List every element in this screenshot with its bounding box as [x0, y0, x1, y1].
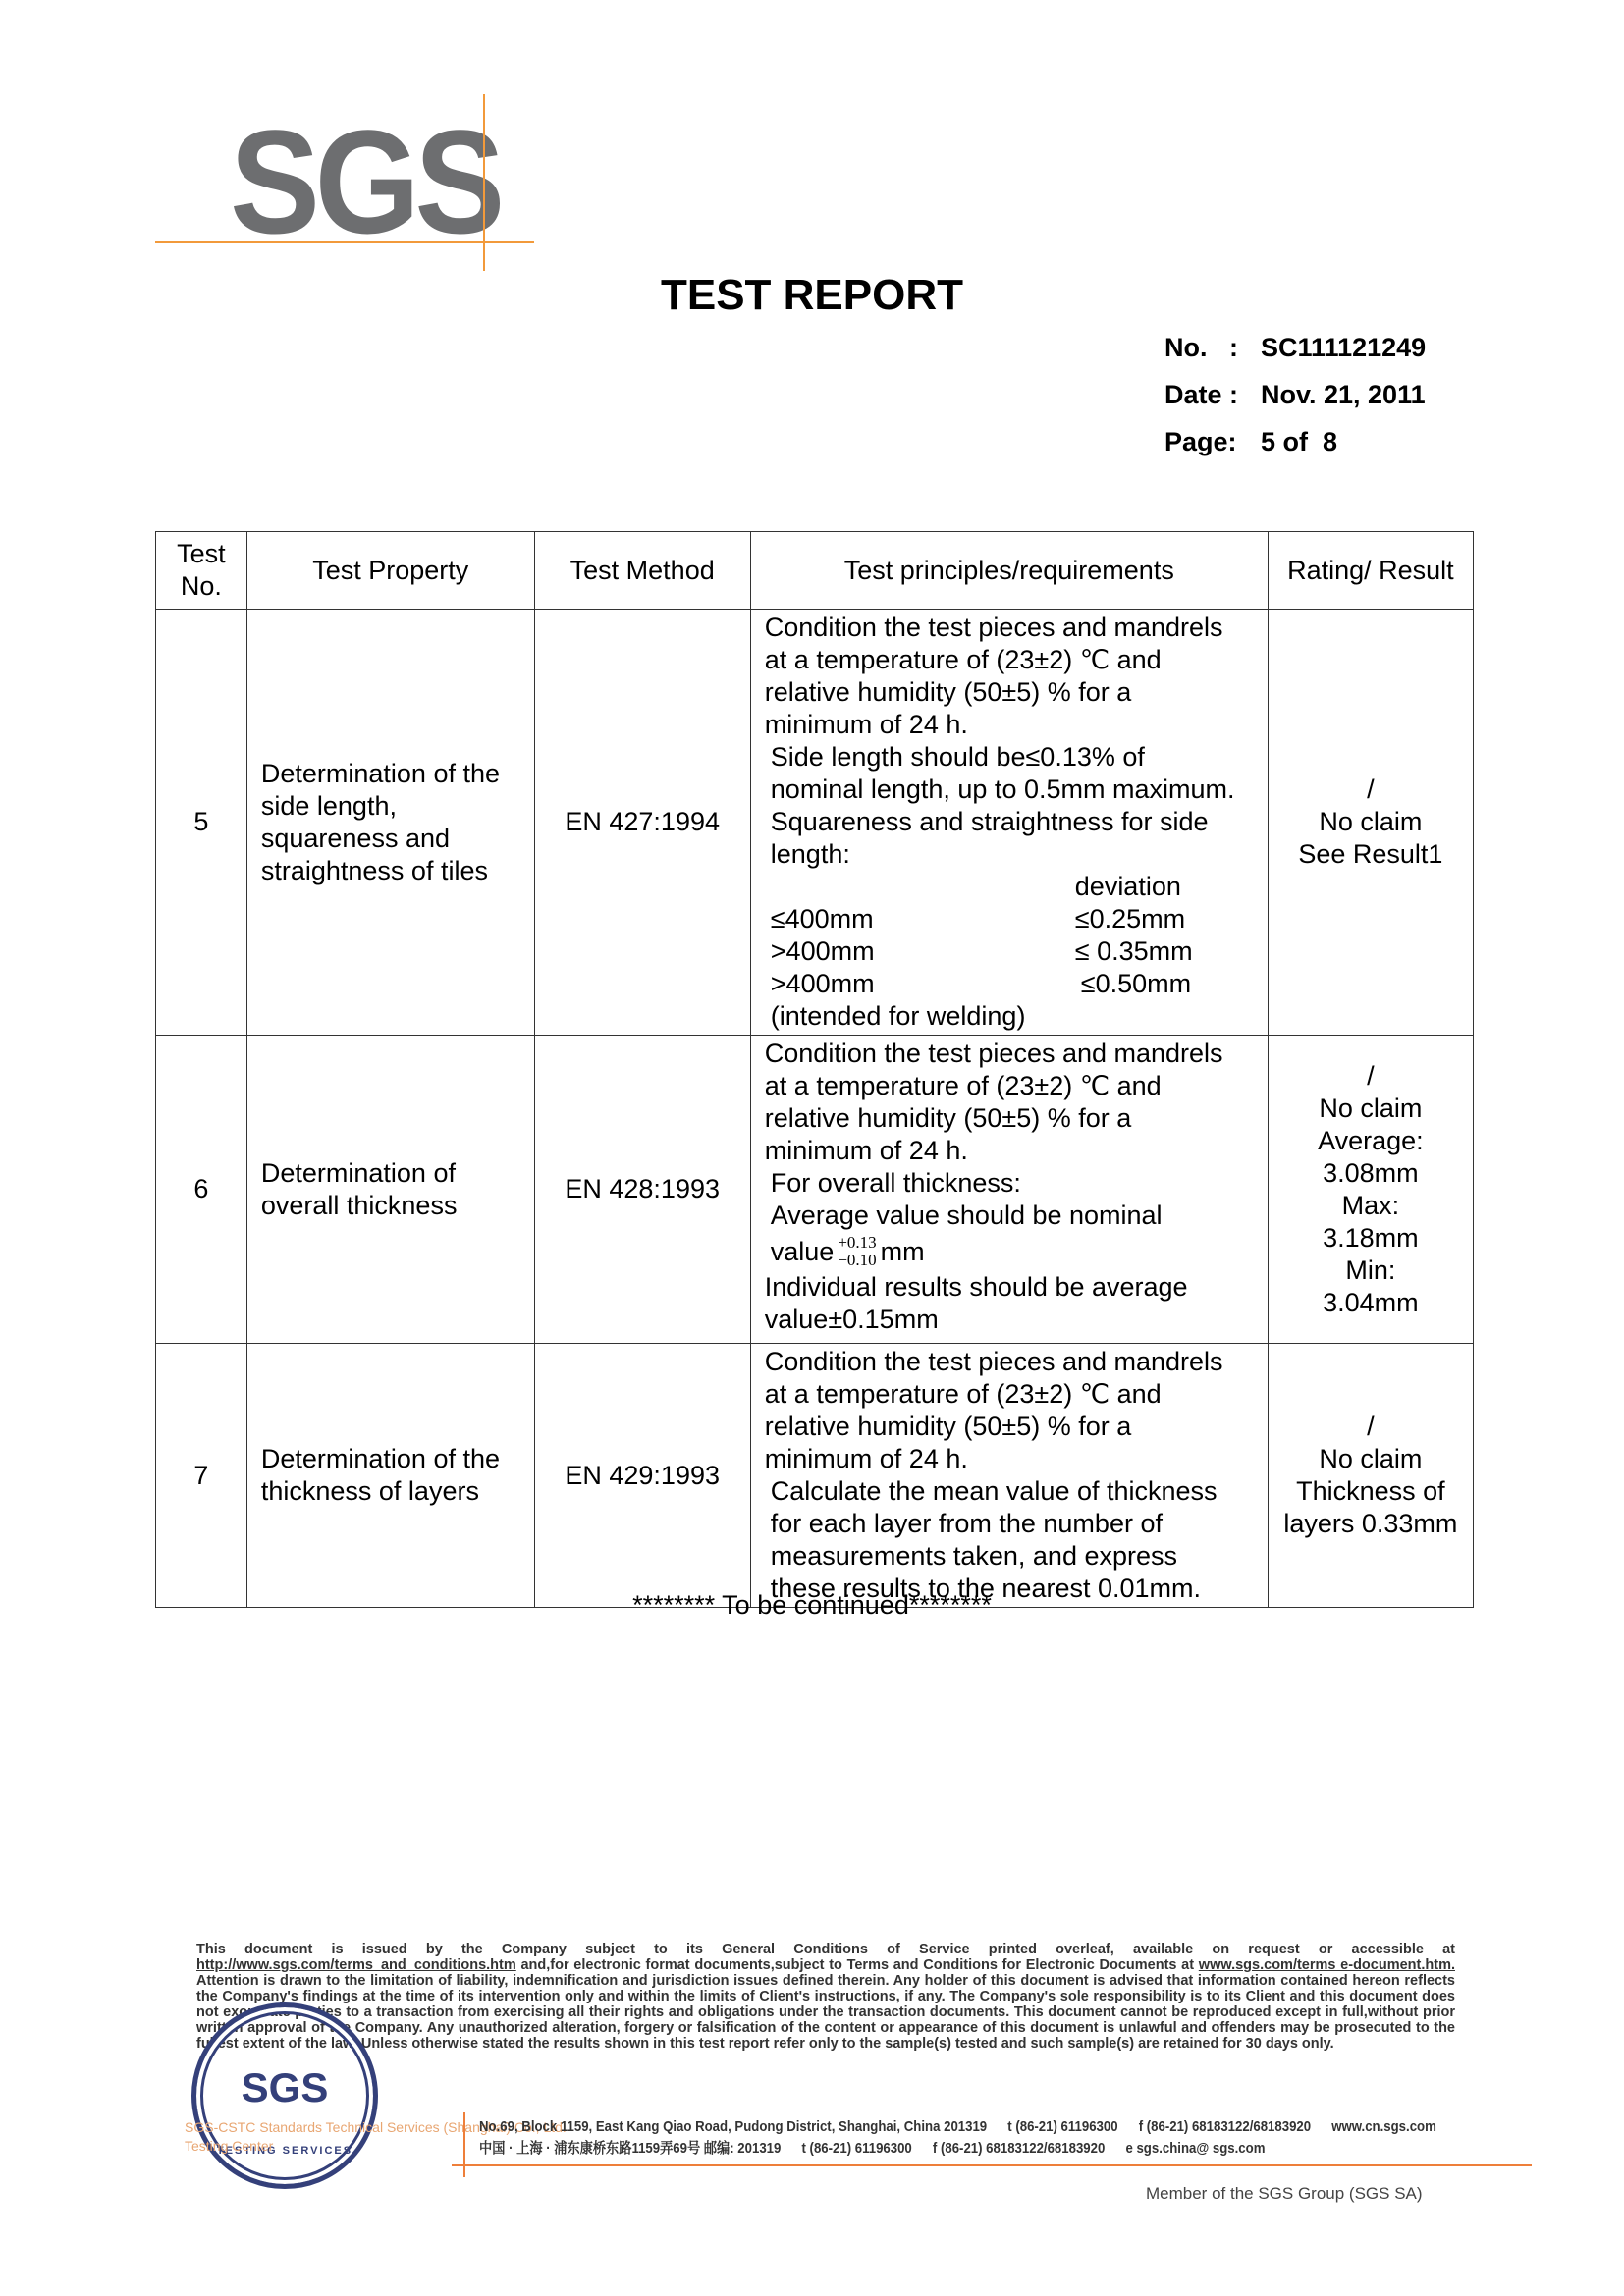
result-line: /	[1270, 1411, 1472, 1443]
header-test-method: Test Method	[534, 532, 750, 610]
conditioning-line: Condition the test pieces and mandrels	[765, 1346, 1268, 1378]
test-requirements: Condition the test pieces and mandrels a…	[750, 610, 1268, 1036]
report-title: TEST REPORT	[0, 271, 1624, 320]
address-row-cn: 中国 · 上海 · 浦东康桥东路1159弄69号 邮编: 201319 t (8…	[479, 2138, 1457, 2160]
test-property: Determination of the thickness of layers	[246, 1344, 534, 1608]
requirement-line: for each layer from the number of	[765, 1508, 1268, 1540]
website-link[interactable]: www.cn.sgs.com	[1331, 2116, 1436, 2138]
tolerance-line: value +0.13 −0.10 mm	[765, 1232, 1268, 1271]
deviation-size: ≤400mm	[765, 903, 1075, 935]
result-line: See Result1	[1270, 838, 1472, 871]
test-no: 5	[156, 610, 247, 1036]
address-line: No.69, Block 1159, East Kang Qiao Road, …	[479, 2116, 987, 2138]
test-no: 7	[156, 1344, 247, 1608]
phone: t (86-21) 61196300	[1007, 2116, 1117, 2138]
address-divider-vertical	[463, 2112, 465, 2177]
conditioning-line: Condition the test pieces and mandrels	[765, 612, 1268, 644]
result-line: layers 0.33mm	[1270, 1508, 1472, 1540]
tolerance-plus: +0.13	[838, 1234, 876, 1252]
conditioning-line: at a temperature of (23±2) ℃ and	[765, 1070, 1268, 1102]
result-line: Average:	[1270, 1125, 1472, 1157]
test-method: EN 429:1993	[534, 1344, 750, 1608]
conditioning-line: minimum of 24 h.	[765, 709, 1268, 741]
header-test-requirements: Test principles/requirements	[750, 532, 1268, 610]
header-rating-result: Rating/ Result	[1268, 532, 1473, 610]
phone: t (86-21) 61196300	[801, 2138, 911, 2160]
results-table: Test No. Test Property Test Method Test …	[155, 531, 1474, 1608]
test-property: Determination of overall thickness	[246, 1036, 534, 1344]
test-result: / No claim Average: 3.08mm Max: 3.18mm M…	[1268, 1036, 1473, 1344]
disclaimer-text: This document is issued by the Company s…	[196, 1942, 1455, 1957]
result-line: /	[1270, 1060, 1472, 1093]
test-method: EN 428:1993	[534, 1036, 750, 1344]
result-line: No claim	[1270, 1093, 1472, 1125]
result-line: 3.08mm	[1270, 1157, 1472, 1190]
conditioning-line: relative humidity (50±5) % for a	[765, 1102, 1268, 1135]
result-line: 3.04mm	[1270, 1287, 1472, 1319]
table-row: 5 Determination of the side length, squa…	[156, 610, 1474, 1036]
test-requirements: Condition the test pieces and mandrels a…	[750, 1036, 1268, 1344]
meta-page: Page: 5 of 8	[1164, 418, 1426, 465]
sgs-seal-stamp-icon: SGS TESTING SERVICES	[191, 2002, 378, 2189]
logo-vertical-rule	[483, 94, 485, 271]
test-no: 6	[156, 1036, 247, 1344]
deviation-header: deviation	[765, 871, 1268, 903]
header-test-property: Test Property	[246, 532, 534, 610]
result-line: Max:	[1270, 1190, 1472, 1222]
table-row: 6 Determination of overall thickness EN …	[156, 1036, 1474, 1344]
test-result: / No claim See Result1	[1268, 610, 1473, 1036]
requirement-line: Calculate the mean value of thickness	[765, 1475, 1268, 1508]
conditioning-line: at a temperature of (23±2) ℃ and	[765, 1378, 1268, 1411]
deviation-size: >400mm	[765, 935, 1075, 968]
to-be-continued: ******** To be continued********	[0, 1590, 1624, 1621]
stamp-logo: SGS	[196, 2064, 373, 2111]
meta-label: Page:	[1164, 427, 1261, 457]
deviation-size: >400mm	[765, 968, 1075, 1000]
requirement-line: Squareness and straightness for side	[765, 806, 1268, 838]
tolerance-minus: −0.10	[838, 1252, 876, 1269]
conditioning-line: minimum of 24 h.	[765, 1443, 1268, 1475]
conditioning-line: relative humidity (50±5) % for a	[765, 1411, 1268, 1443]
logo-text: SGS	[230, 108, 500, 255]
test-result: / No claim Thickness of layers 0.33mm	[1268, 1344, 1473, 1608]
deviation-note: (intended for welding)	[765, 1000, 1268, 1033]
conditioning-line: relative humidity (50±5) % for a	[765, 676, 1268, 709]
requirement-line: Average value should be nominal	[765, 1200, 1268, 1232]
conditioning-line: at a temperature of (23±2) ℃ and	[765, 644, 1268, 676]
requirement-line: value±0.15mm	[765, 1304, 1268, 1336]
table-row: 7 Determination of the thickness of laye…	[156, 1344, 1474, 1608]
result-line: No claim	[1270, 1443, 1472, 1475]
disclaimer-text: and,for electronic format documents,subj…	[516, 1957, 1199, 1973]
test-requirements: Condition the test pieces and mandrels a…	[750, 1344, 1268, 1608]
meta-value: 5 of 8	[1261, 427, 1337, 457]
requirement-line: Side length should be≤0.13% of	[765, 741, 1268, 774]
deviation-row: >400mm≤ 0.35mm	[765, 935, 1268, 968]
company-address: No.69, Block 1159, East Kang Qiao Road, …	[479, 2116, 1457, 2160]
test-property: Determination of the side length, square…	[246, 610, 534, 1036]
requirement-line: length:	[765, 838, 1268, 871]
meta-value: Nov. 21, 2011	[1261, 380, 1426, 410]
result-line: Min:	[1270, 1255, 1472, 1287]
address-divider-horizontal	[452, 2164, 1532, 2166]
header-test-no: Test No.	[156, 532, 247, 610]
sgs-logo: SGS	[155, 108, 489, 265]
result-line: No claim	[1270, 806, 1472, 838]
meta-label: Date :	[1164, 380, 1261, 410]
e-document-terms-link[interactable]: www.sgs.com/terms e-document.htm.	[1199, 1957, 1455, 1973]
meta-report-number: No. : SC111121249	[1164, 324, 1426, 371]
requirement-line: nominal length, up to 0.5mm maximum.	[765, 774, 1268, 806]
unit: mm	[881, 1236, 925, 1268]
result-line: 3.18mm	[1270, 1222, 1472, 1255]
terms-link[interactable]: http://www.sgs.com/terms_and_conditions.…	[196, 1957, 516, 1973]
result-line: Thickness of	[1270, 1475, 1472, 1508]
deviation-value: ≤ 0.35mm	[1075, 935, 1193, 968]
table-header-row: Test No. Test Property Test Method Test …	[156, 532, 1474, 610]
deviation-row: >400mm≤0.50mm	[765, 968, 1268, 1000]
deviation-value: ≤0.50mm	[1075, 968, 1191, 1000]
logo-horizontal-rule	[155, 241, 534, 243]
deviation-row: ≤400mm≤0.25mm	[765, 903, 1268, 935]
deviation-label: deviation	[1075, 871, 1181, 903]
deviation-value: ≤0.25mm	[1075, 903, 1185, 935]
report-meta: No. : SC111121249 Date : Nov. 21, 2011 P…	[1164, 324, 1426, 465]
legal-disclaimer: This document is issued by the Company s…	[196, 1942, 1455, 2052]
tolerance: +0.13 −0.10	[838, 1234, 876, 1269]
member-of-sgs-group: Member of the SGS Group (SGS SA)	[1146, 2184, 1423, 2204]
meta-date: Date : Nov. 21, 2011	[1164, 371, 1426, 418]
fax: f (86-21) 68183122/68183920	[933, 2138, 1105, 2160]
test-method: EN 427:1994	[534, 610, 750, 1036]
email-link[interactable]: e sgs.china@ sgs.com	[1125, 2138, 1265, 2160]
result-line: /	[1270, 774, 1472, 806]
meta-value: SC111121249	[1261, 333, 1426, 363]
disclaimer-text: Attention is drawn to the limitation of …	[196, 1973, 1455, 2052]
value-label: value	[771, 1236, 835, 1268]
fax: f (86-21) 68183122/68183920	[1139, 2116, 1311, 2138]
address-row-en: No.69, Block 1159, East Kang Qiao Road, …	[479, 2116, 1457, 2138]
conditioning-line: minimum of 24 h.	[765, 1135, 1268, 1167]
address-line: 中国 · 上海 · 浦东康桥东路1159弄69号 邮编: 201319	[479, 2138, 781, 2160]
requirement-line: measurements taken, and express	[765, 1540, 1268, 1573]
requirement-line: For overall thickness:	[765, 1167, 1268, 1200]
conditioning-line: Condition the test pieces and mandrels	[765, 1038, 1268, 1070]
requirement-line: Individual results should be average	[765, 1271, 1268, 1304]
meta-label: No. :	[1164, 333, 1261, 363]
